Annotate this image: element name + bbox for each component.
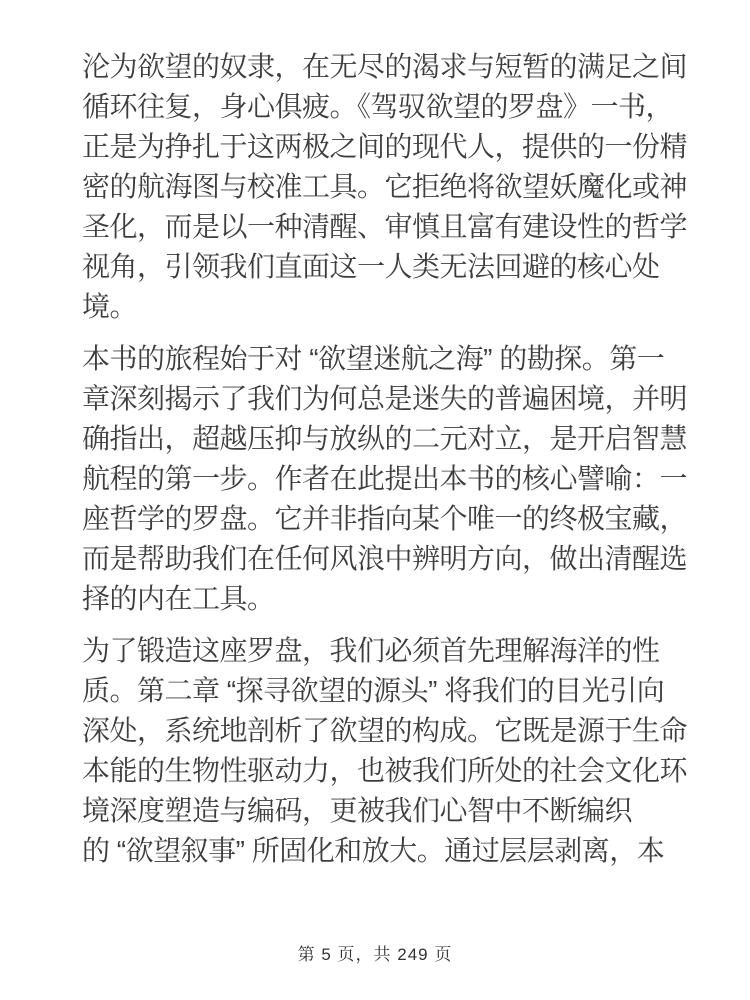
text-line: 视角，引领我们直面这一人类无法回避的核心处	[82, 247, 712, 287]
text-line: 圣化，而是以一种清醒、审慎且富有建设性的哲学	[82, 207, 712, 247]
text-line: 本书的旅程始于对 “欲望迷航之海” 的勘探。第一	[82, 339, 712, 379]
text-line: 而是帮助我们在任何风浪中辨明方向，做出清醒选	[82, 539, 712, 579]
text-line: 为了锻造这座罗盘，我们必须首先理解海洋的性	[82, 631, 712, 671]
text-line: 章深刻揭示了我们为何总是迷失的普遍困境，并明	[82, 379, 712, 419]
text-line: 本能的生物性驱动力，也被我们所处的社会文化环	[82, 751, 712, 791]
text-line: 沦为欲望的奴隶，在无尽的渴求与短暂的满足之间	[82, 47, 712, 87]
paragraph: 沦为欲望的奴隶，在无尽的渴求与短暂的满足之间循环往复，身心俱疲。《驾驭欲望的罗盘…	[82, 47, 712, 327]
text-line: 正是为挣扎于这两极之间的现代人，提供的一份精	[82, 127, 712, 167]
text-line: 循环往复，身心俱疲。《驾驭欲望的罗盘》一书，	[82, 87, 712, 127]
document-page: 沦为欲望的奴隶，在无尽的渴求与短暂的满足之间循环往复，身心俱疲。《驾驭欲望的罗盘…	[0, 0, 750, 1000]
paragraph: 本书的旅程始于对 “欲望迷航之海” 的勘探。第一章深刻揭示了我们为何总是迷失的普…	[82, 339, 712, 619]
text-line: 境。	[82, 287, 712, 327]
page-footer: 第 5 页，共 249 页	[0, 943, 750, 967]
text-line: 的 “欲望叙事” 所固化和放大。通过层层剥离，本	[82, 831, 712, 871]
text-content: 沦为欲望的奴隶，在无尽的渴求与短暂的满足之间循环往复，身心俱疲。《驾驭欲望的罗盘…	[82, 47, 712, 883]
paragraph: 为了锻造这座罗盘，我们必须首先理解海洋的性质。第二章 “探寻欲望的源头” 将我们…	[82, 631, 712, 871]
text-line: 座哲学的罗盘。它并非指向某个唯一的终极宝藏，	[82, 499, 712, 539]
text-line: 密的航海图与校准工具。它拒绝将欲望妖魔化或神	[82, 167, 712, 207]
text-line: 深处，系统地剖析了欲望的构成。它既是源于生命	[82, 711, 712, 751]
page-indicator: 第 5 页，共 249 页	[298, 945, 453, 964]
text-line: 航程的第一步。作者在此提出本书的核心譬喻：一	[82, 459, 712, 499]
text-line: 确指出，超越压抑与放纵的二元对立，是开启智慧	[82, 419, 712, 459]
text-line: 质。第二章 “探寻欲望的源头” 将我们的目光引向	[82, 671, 712, 711]
text-line: 境深度塑造与编码，更被我们心智中不断编织	[82, 791, 712, 831]
text-line: 择的内在工具。	[82, 579, 712, 619]
